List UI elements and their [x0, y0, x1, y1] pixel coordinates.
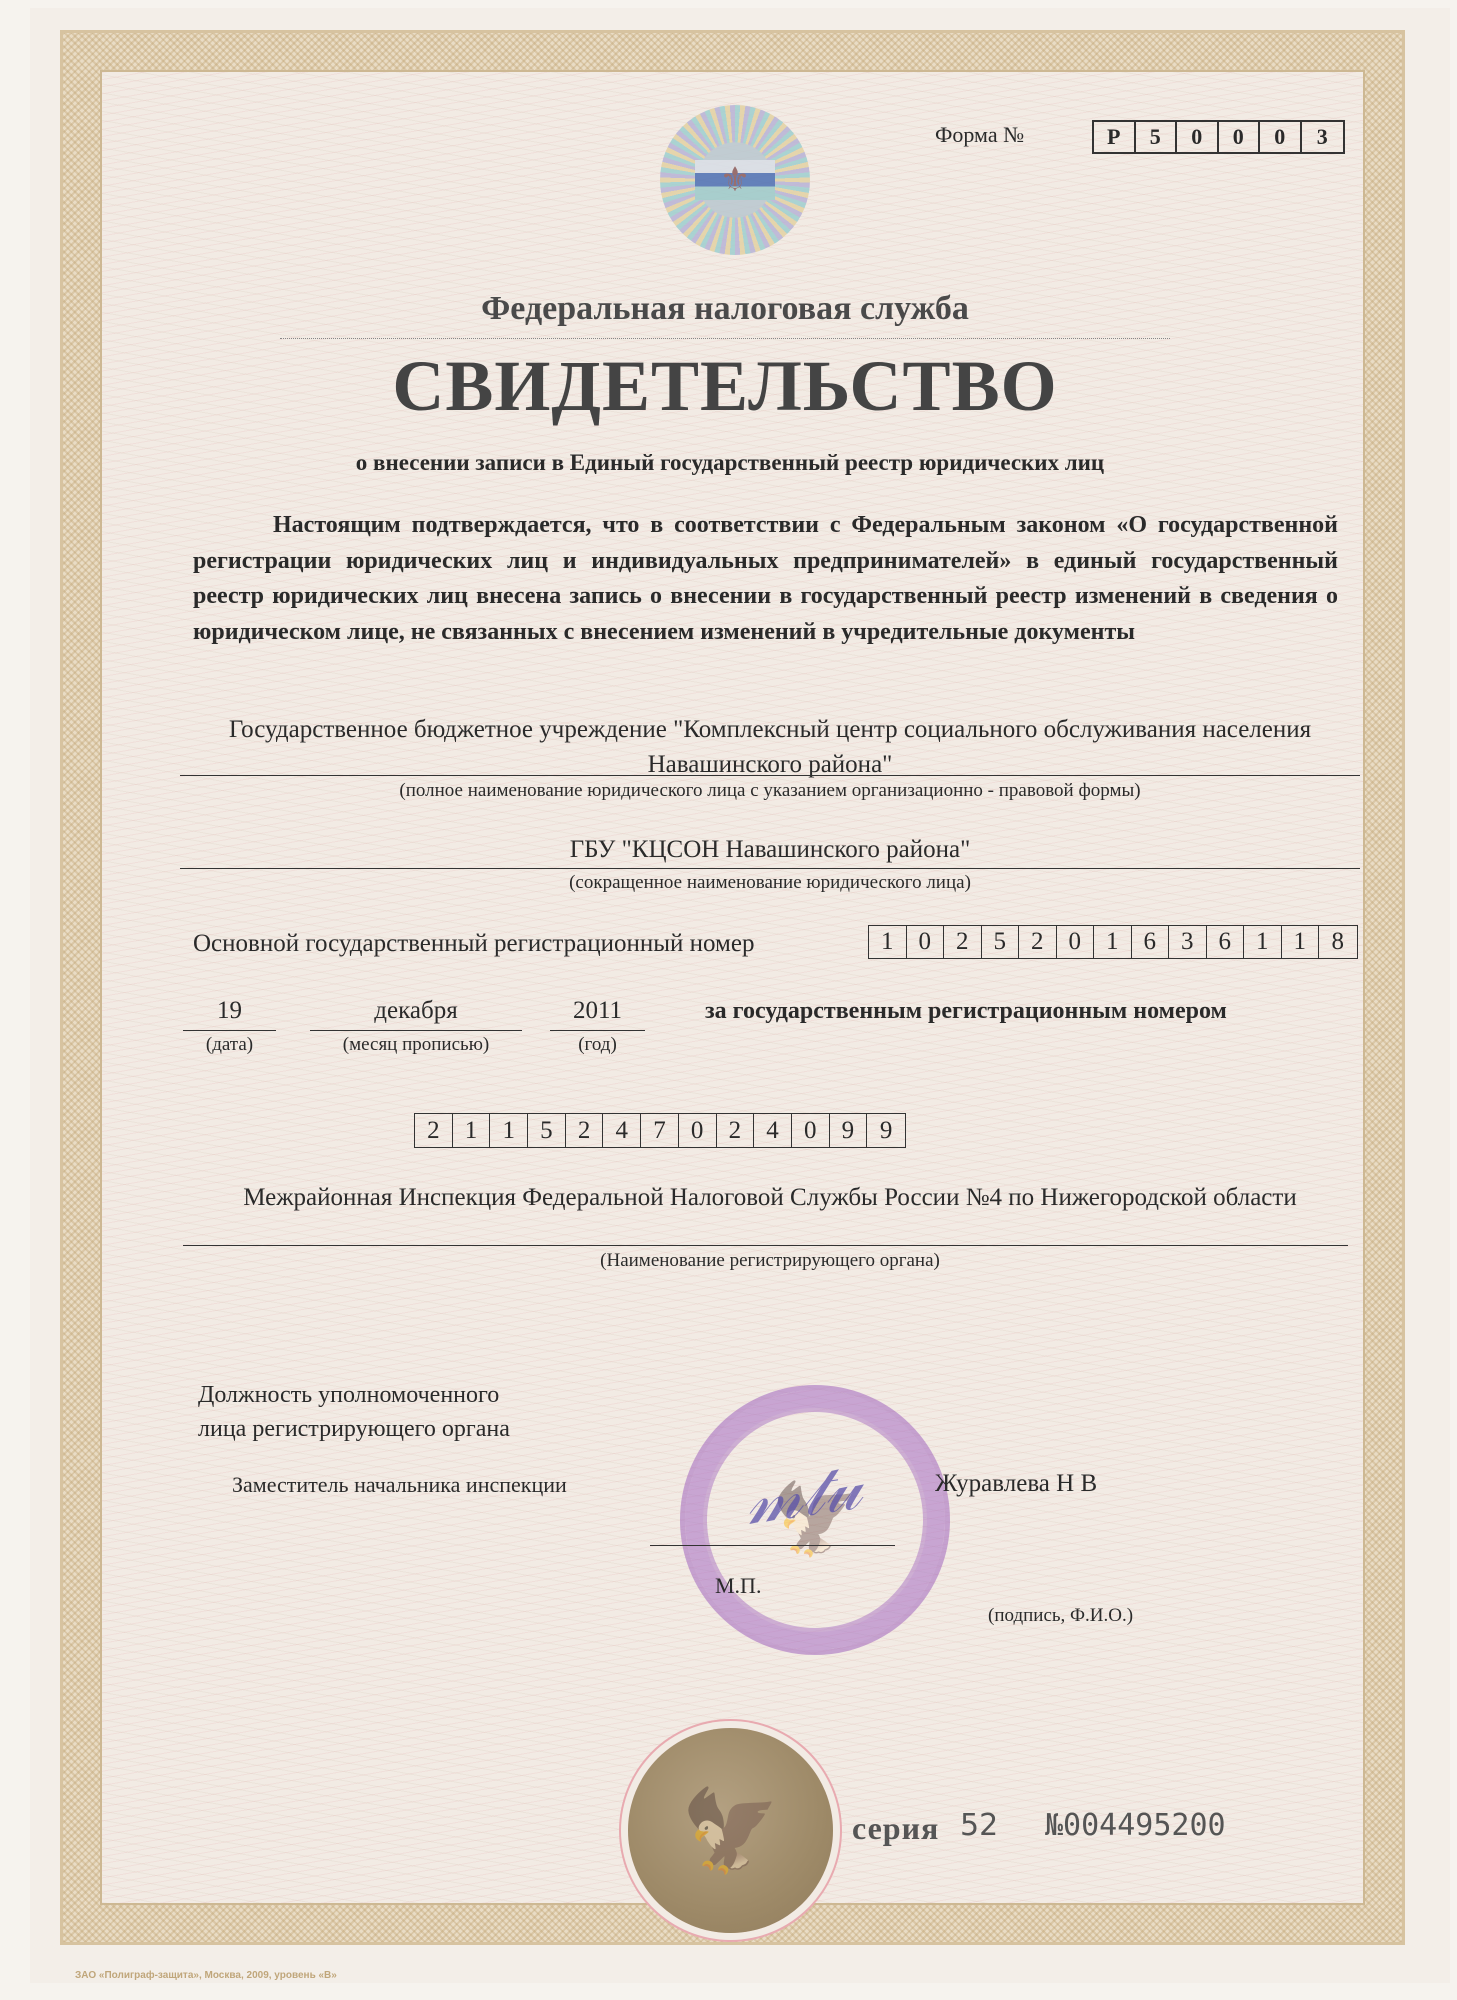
- ogrn-digit-cell: 0: [1057, 926, 1095, 958]
- flag-icon: ⚜: [695, 160, 775, 200]
- org-full-name: Государственное бюджетное учреждение "Ко…: [180, 712, 1360, 782]
- eagle-emboss-icon: 🦅: [681, 1784, 781, 1878]
- form-code-cell: 0: [1177, 122, 1219, 152]
- org-full-name-line: [180, 775, 1360, 776]
- stamp-place-label: М.П.: [715, 1573, 761, 1599]
- date-month-caption: (месяц прописью): [310, 1034, 522, 1056]
- issuer-name: Федеральная налоговая служба: [280, 290, 1170, 328]
- registering-authority: Межрайонная Инспекция Федеральной Налого…: [180, 1180, 1360, 1215]
- grn-label: за государственным регистрационным номер…: [705, 998, 1227, 1025]
- grn-digit-cell: 2: [415, 1114, 453, 1147]
- grn-digit-cell: 0: [679, 1114, 717, 1147]
- handwritten-signature: 𝓂𝓉𝓊: [740, 1447, 866, 1541]
- date-year: 2011: [550, 997, 645, 1025]
- ogrn-digit-boxes: 1025201636118: [868, 925, 1358, 959]
- signature-caption: (подпись, Ф.И.О.): [988, 1605, 1133, 1627]
- grn-digit-cell: 7: [641, 1114, 679, 1147]
- org-short-name: ГБУ "КЦСОН Навашинского района": [180, 836, 1360, 864]
- grn-digit-cell: 9: [867, 1114, 905, 1147]
- grn-digit-cell: 1: [453, 1114, 491, 1147]
- form-code-cell: 3: [1302, 122, 1344, 152]
- ogrn-label: Основной государственный регистрационный…: [193, 930, 754, 958]
- position-label: Должность уполномоченного лица регистрир…: [198, 1378, 510, 1446]
- position-label-line2: лица регистрирующего органа: [198, 1412, 510, 1446]
- registering-authority-caption: (Наименование регистрирующего органа): [180, 1250, 1360, 1272]
- ogrn-digit-cell: 1: [1094, 926, 1132, 958]
- grn-digit-cell: 4: [603, 1114, 641, 1147]
- printer-note: ЗАО «Полиграф-защита», Москва, 2009, уро…: [75, 1970, 337, 1981]
- document-subtitle: о внесении записи в Единый государственн…: [180, 450, 1280, 476]
- ogrn-digit-cell: 1: [869, 926, 907, 958]
- official-position: Заместитель начальника инспекции: [232, 1472, 567, 1498]
- date-month-line: [310, 1030, 522, 1031]
- date-month: декабря: [310, 997, 522, 1025]
- form-code-cell: 0: [1260, 122, 1302, 152]
- grn-digit-cell: 0: [792, 1114, 830, 1147]
- date-year-caption: (год): [550, 1034, 645, 1056]
- grn-digit-cell: 5: [528, 1114, 566, 1147]
- form-code-cell: 0: [1219, 122, 1261, 152]
- serial-number: №004495200: [1045, 1808, 1226, 1843]
- grn-digit-boxes: 2115247024099: [414, 1113, 906, 1148]
- ogrn-digit-cell: 5: [982, 926, 1020, 958]
- ogrn-digit-cell: 6: [1132, 926, 1170, 958]
- grn-digit-cell: 2: [717, 1114, 755, 1147]
- grn-digit-cell: 2: [566, 1114, 604, 1147]
- ogrn-digit-cell: 2: [944, 926, 982, 958]
- ogrn-digit-cell: 6: [1207, 926, 1245, 958]
- ogrn-digit-cell: 3: [1169, 926, 1207, 958]
- embossed-seal-icon: 🦅: [628, 1728, 833, 1933]
- date-day-caption: (дата): [183, 1034, 276, 1056]
- position-label-line1: Должность уполномоченного: [198, 1378, 510, 1412]
- ogrn-digit-cell: 2: [1019, 926, 1057, 958]
- official-name: Журавлева Н В: [935, 1470, 1097, 1498]
- org-full-name-caption: (полное наименование юридического лица с…: [180, 780, 1360, 802]
- signature-line: [650, 1545, 895, 1546]
- grn-digit-cell: 1: [490, 1114, 528, 1147]
- issuer-divider: [280, 338, 1170, 339]
- ogrn-digit-cell: 8: [1319, 926, 1357, 958]
- org-short-name-caption: (сокращенное наименование юридического л…: [180, 872, 1360, 894]
- series-label: серия: [852, 1810, 939, 1847]
- date-day: 19: [183, 997, 276, 1025]
- ogrn-digit-cell: 1: [1244, 926, 1282, 958]
- document-title: СВИДЕТЕЛЬСТВО: [250, 345, 1200, 428]
- form-code-cell: Р: [1094, 122, 1136, 152]
- date-year-line: [550, 1030, 645, 1031]
- grn-digit-cell: 9: [830, 1114, 868, 1147]
- date-day-line: [183, 1030, 276, 1031]
- grn-digit-cell: 4: [754, 1114, 792, 1147]
- form-code-boxes: Р50003: [1092, 120, 1345, 154]
- series-value: 52: [960, 1808, 998, 1843]
- registering-authority-line: [183, 1245, 1348, 1246]
- hologram-coat-of-arms-icon: ⚜: [660, 105, 810, 255]
- org-short-name-line: [180, 868, 1360, 869]
- ogrn-digit-cell: 1: [1282, 926, 1320, 958]
- ogrn-digit-cell: 0: [907, 926, 945, 958]
- certification-text: Настоящим подтверждается, что в соответс…: [193, 508, 1338, 650]
- form-code-cell: 5: [1136, 122, 1178, 152]
- form-number-label: Форма №: [935, 122, 1024, 148]
